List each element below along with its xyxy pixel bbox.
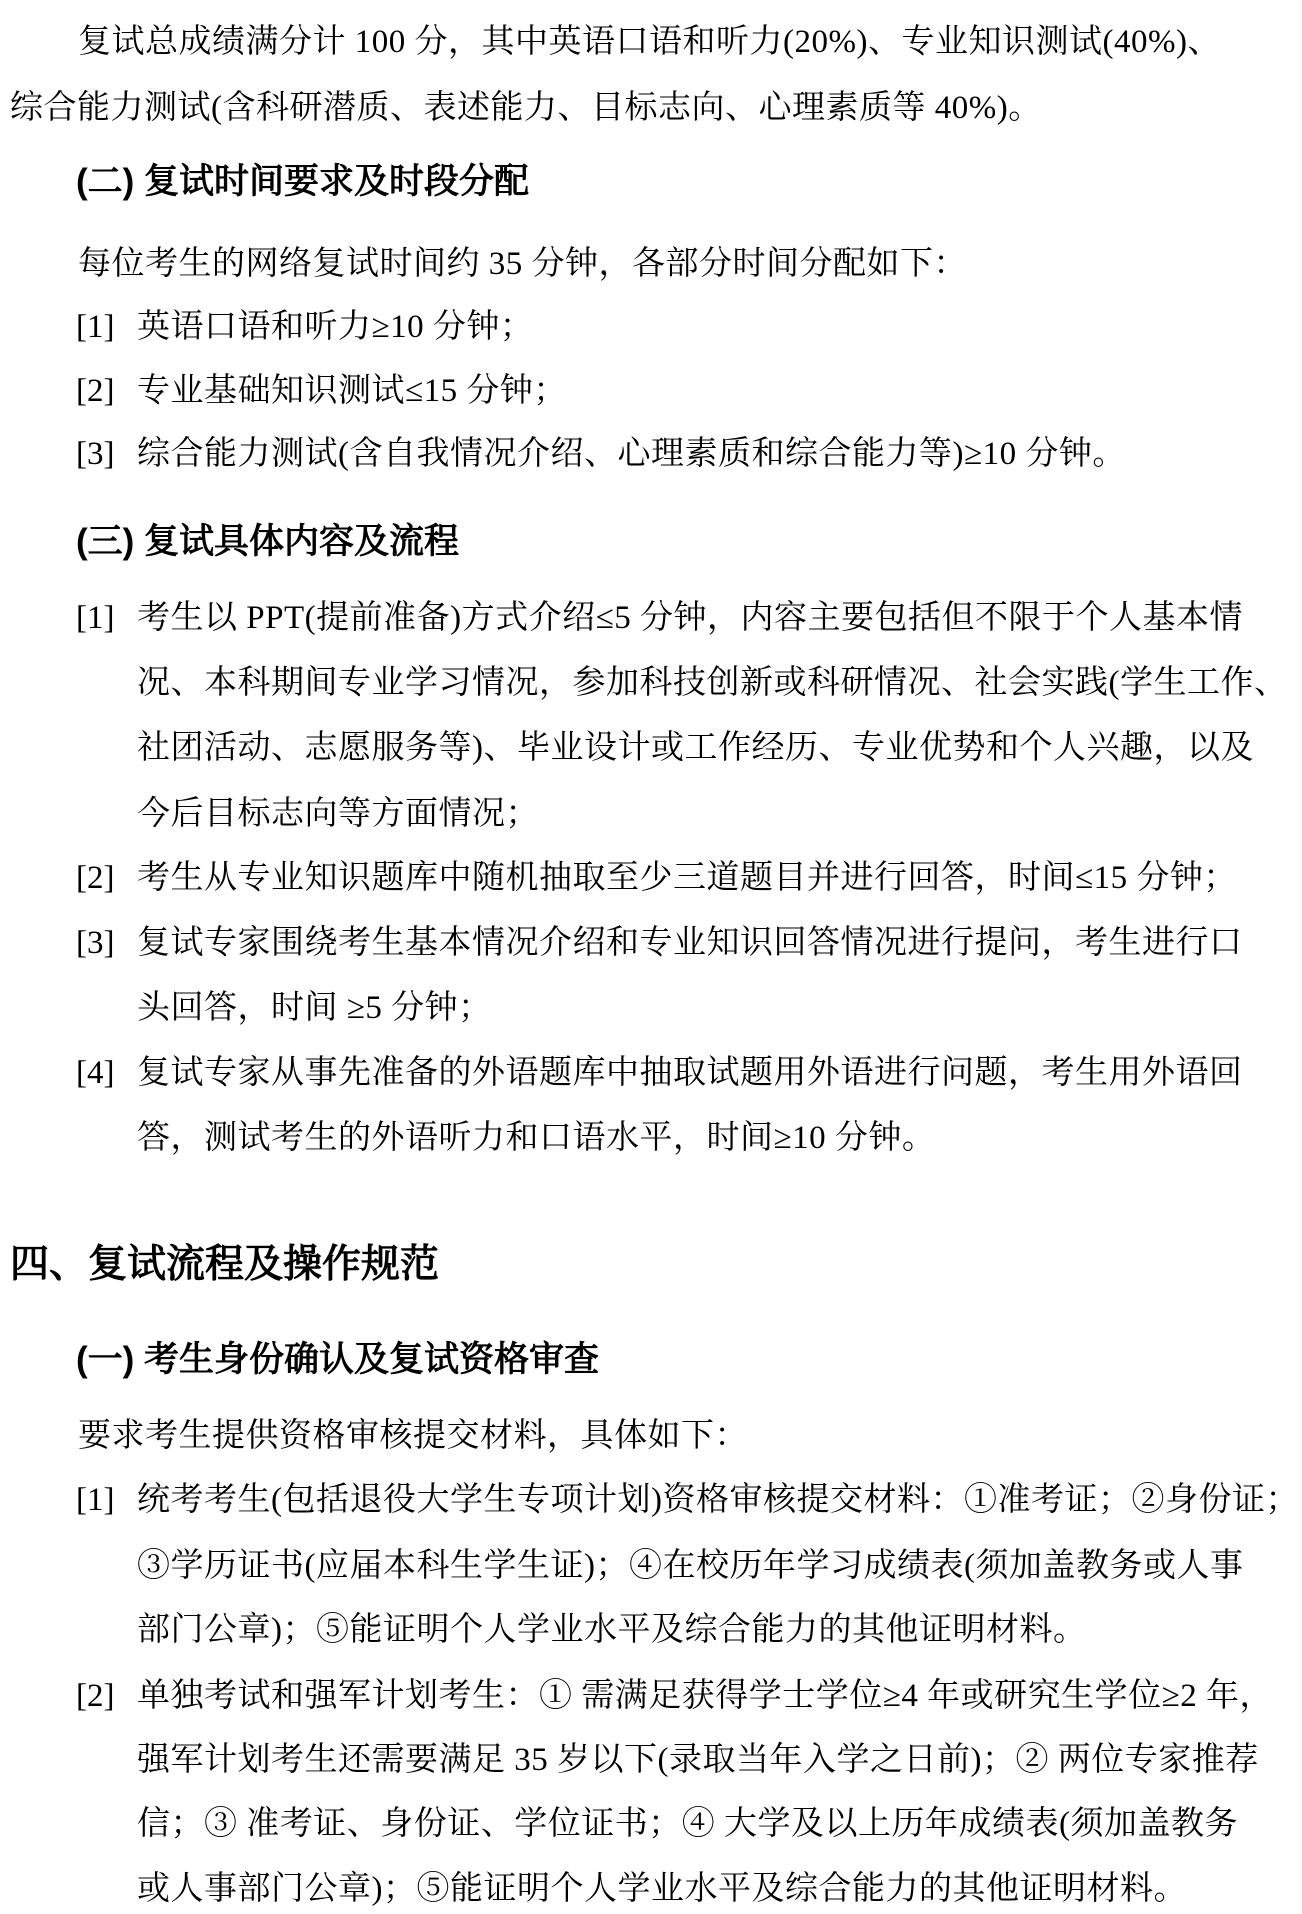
- item-text: 复试专家围绕考生基本情况介绍和专业知识回答情况进行提问，考生进行口: [137, 925, 1243, 961]
- item-text: 单独考试和强军计划考生：① 需满足获得学士学位≥4 年或研究生学位≥2 年，: [137, 1678, 1273, 1714]
- identity-item-2: [2]单独考试和强军计划考生：① 需满足获得学士学位≥4 年或研究生学位≥2 年…: [76, 1678, 1273, 1714]
- item-marker: [1]: [76, 600, 137, 636]
- item-text: 综合能力测试(含自我情况介绍、心理素质和综合能力等)≥10 分钟。: [137, 436, 1126, 472]
- item-marker: [2]: [76, 860, 137, 896]
- item-marker: [2]: [76, 373, 137, 409]
- content-item-1-continuation: 今后目标志向等方面情况；: [137, 796, 539, 832]
- chapter-four-heading: 四、复试流程及操作规范: [10, 1244, 439, 1287]
- content-item-1-continuation: 社团活动、志愿服务等)、毕业设计或工作经历、专业优势和个人兴趣，以及: [137, 730, 1254, 766]
- content-item-4-continuation: 答，测试考生的外语听力和口语水平，时间≥10 分钟。: [137, 1120, 935, 1156]
- identity-item-1-continuation: 部门公章)；⑤能证明个人学业水平及综合能力的其他证明材料。: [137, 1612, 1087, 1648]
- identity-item-2-continuation: 或人事部门公章)；⑤能证明个人学业水平及综合能力的其他证明材料。: [137, 1871, 1187, 1907]
- item-marker: [3]: [76, 436, 137, 472]
- time-item-1: [1]英语口语和听力≥10 分钟；: [76, 309, 533, 345]
- content-item-3: [3]复试专家围绕考生基本情况介绍和专业知识回答情况进行提问，考生进行口: [76, 925, 1243, 961]
- section-content-heading: (三) 复试具体内容及流程: [76, 523, 459, 562]
- content-item-4: [4]复试专家从事先准备的外语题库中抽取试题用外语进行问题，考生用外语回: [76, 1055, 1243, 1091]
- item-marker: [2]: [76, 1678, 137, 1714]
- identity-item-2-continuation: 强军计划考生还需要满足 35 岁以下(录取当年入学之日前)；② 两位专家推荐: [137, 1742, 1259, 1778]
- intro-paragraph-line-1: 复试总成绩满分计 100 分，其中英语口语和听力(20%)、专业知识测试(40%…: [78, 24, 1221, 60]
- document-page: 复试总成绩满分计 100 分，其中英语口语和听力(20%)、专业知识测试(40%…: [0, 0, 1302, 1914]
- content-item-3-continuation: 头回答，时间 ≥5 分钟；: [137, 990, 492, 1026]
- item-text: 复试专家从事先准备的外语题库中抽取试题用外语进行问题，考生用外语回: [137, 1055, 1243, 1091]
- section-time-intro: 每位考生的网络复试时间约 35 分钟，各部分时间分配如下：: [78, 246, 967, 282]
- item-text: 统考考生(包括退役大学生专项计划)资格审核提交材料：①准考证；②身份证；: [137, 1482, 1299, 1518]
- item-text: 考生以 PPT(提前准备)方式介绍≤5 分钟，内容主要包括但不限于个人基本情: [137, 600, 1243, 636]
- identity-item-2-continuation: 信；③ 准考证、身份证、学位证书；④ 大学及以上历年成绩表(须加盖教务: [137, 1806, 1238, 1842]
- item-marker: [3]: [76, 925, 137, 961]
- time-item-2: [2]专业基础知识测试≤15 分钟；: [76, 373, 567, 409]
- item-marker: [1]: [76, 309, 137, 345]
- intro-paragraph-line-2: 综合能力测试(含科研潜质、表述能力、目标志向、心理素质等 40%)。: [10, 90, 1042, 126]
- item-text: 专业基础知识测试≤15 分钟；: [137, 373, 567, 409]
- section-identity-heading: (一) 考生身份确认及复试资格审查: [76, 1341, 599, 1380]
- content-item-1: [1]考生以 PPT(提前准备)方式介绍≤5 分钟，内容主要包括但不限于个人基本…: [76, 600, 1243, 636]
- time-item-3: [3]综合能力测试(含自我情况介绍、心理素质和综合能力等)≥10 分钟。: [76, 436, 1126, 472]
- item-text: 考生从专业知识题库中随机抽取至少三道题目并进行回答，时间≤15 分钟；: [137, 860, 1237, 896]
- section-identity-intro: 要求考生提供资格审核提交材料，具体如下：: [78, 1418, 748, 1454]
- item-marker: [4]: [76, 1055, 137, 1091]
- identity-item-1: [1]统考考生(包括退役大学生专项计划)资格审核提交材料：①准考证；②身份证；: [76, 1482, 1299, 1518]
- item-text: 英语口语和听力≥10 分钟；: [137, 309, 533, 345]
- content-item-2: [2]考生从专业知识题库中随机抽取至少三道题目并进行回答，时间≤15 分钟；: [76, 860, 1237, 896]
- identity-item-1-continuation: ③学历证书(应届本科生学生证)；④在校历年学习成绩表(须加盖教务或人事: [137, 1548, 1243, 1584]
- content-item-1-continuation: 况、本科期间专业学习情况，参加科技创新或科研情况、社会实践(学生工作、: [137, 665, 1288, 701]
- item-marker: [1]: [76, 1482, 137, 1518]
- section-time-heading: (二) 复试时间要求及时段分配: [76, 163, 529, 202]
